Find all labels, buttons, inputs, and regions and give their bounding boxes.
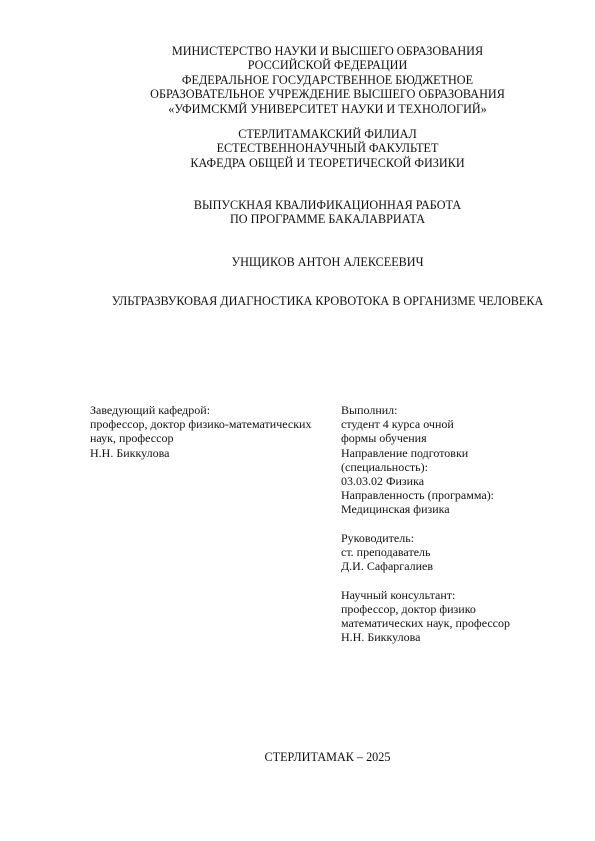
consultant-line: Н.Н. Биккулова	[341, 630, 510, 644]
branch-line: КАФЕДРА ОБЩЕЙ И ТЕОРЕТИЧЕСКОЙ ФИЗИКИ	[0, 156, 595, 170]
consultant-line: профессор, доктор физико	[341, 602, 510, 616]
footer-text: СТЕРЛИТАМАК – 2025	[0, 750, 595, 764]
ministry-header: МИНИСТЕРСТВО НАУКИ И ВЫСШЕГО ОБРАЗОВАНИЯ…	[0, 44, 595, 116]
work-type: ВЫПУСКНАЯ КВАЛИФИКАЦИОННАЯ РАБОТА ПО ПРО…	[0, 198, 595, 227]
header-line: РОССИЙСКОЙ ФЕДЕРАЦИИ	[0, 58, 595, 72]
header-line: ФЕДЕРАЛЬНОЕ ГОСУДАРСТВЕННОЕ БЮДЖЕТНОЕ	[0, 73, 595, 87]
work-type-line: ВЫПУСКНАЯ КВАЛИФИКАЦИОННАЯ РАБОТА	[0, 198, 595, 212]
consultant-line: Научный консультант:	[341, 588, 510, 602]
performed-line: Выполнил:	[341, 403, 510, 417]
supervisor-line: ст. преподаватель	[341, 545, 510, 559]
header-line: МИНИСТЕРСТВО НАУКИ И ВЫСШЕГО ОБРАЗОВАНИЯ	[0, 44, 595, 58]
spacer	[341, 573, 510, 587]
head-line: наук, профессор	[90, 431, 311, 445]
header-line: «УФИМСКМЙ УНИВЕРСИТЕТ НАУКИ И ТЕХНОЛОГИЙ…	[0, 102, 595, 116]
performed-line: (специальность):	[341, 460, 510, 474]
performed-line: Направленность (программа):	[341, 488, 510, 502]
branch-header: СТЕРЛИТАМАКСКИЙ ФИЛИАЛ ЕСТЕСТВЕННОНАУЧНЫ…	[0, 127, 595, 170]
spacer	[341, 517, 510, 531]
branch-line: СТЕРЛИТАМАКСКИЙ ФИЛИАЛ	[0, 127, 595, 141]
author-text: УНЩИКОВ АНТОН АЛЕКСЕЕВИЧ	[0, 255, 595, 269]
thesis-title: УЛЬТРАЗВУКОВАЯ ДИАГНОСТИКА КРОВОТОКА В О…	[0, 294, 595, 308]
consultant-line: математических наук, профессор	[341, 616, 510, 630]
head-line: Н.Н. Биккулова	[90, 446, 311, 460]
supervisor-line: Д.И. Сафаргалиев	[341, 559, 510, 573]
header-line: ОБРАЗОВАТЕЛЬНОЕ УЧРЕЖДЕНИЕ ВЫСШЕГО ОБРАЗ…	[0, 87, 595, 101]
head-line: Заведующий кафедрой:	[90, 403, 311, 417]
performed-line: формы обучения	[341, 431, 510, 445]
author-name: УНЩИКОВ АНТОН АЛЕКСЕЕВИЧ	[0, 255, 595, 269]
performed-line: Медицинская физика	[341, 502, 510, 516]
consultant-block: Научный консультант: профессор, доктор ф…	[341, 588, 510, 645]
performed-line: 03.03.02 Физика	[341, 474, 510, 488]
thesis-title-text: УЛЬТРАЗВУКОВАЯ ДИАГНОСТИКА КРОВОТОКА В О…	[0, 294, 595, 308]
performed-line: студент 4 курса очной	[341, 417, 510, 431]
signatories-block: Выполнил: студент 4 курса очной формы об…	[341, 403, 510, 644]
head-line: профессор, доктор физико-математических	[90, 417, 311, 431]
performed-by-block: Выполнил: студент 4 курса очной формы об…	[341, 403, 510, 517]
title-page: МИНИСТЕРСТВО НАУКИ И ВЫСШЕГО ОБРАЗОВАНИЯ…	[0, 0, 595, 841]
head-of-department-block: Заведующий кафедрой: профессор, доктор ф…	[90, 403, 311, 460]
work-type-line: ПО ПРОГРАММЕ БАКАЛАВРИАТА	[0, 212, 595, 226]
supervisor-line: Руководитель:	[341, 531, 510, 545]
supervisor-block: Руководитель: ст. преподаватель Д.И. Саф…	[341, 531, 510, 574]
city-year-footer: СТЕРЛИТАМАК – 2025	[0, 750, 595, 764]
branch-line: ЕСТЕСТВЕННОНАУЧНЫЙ ФАКУЛЬТЕТ	[0, 141, 595, 155]
performed-line: Направление подготовки	[341, 446, 510, 460]
